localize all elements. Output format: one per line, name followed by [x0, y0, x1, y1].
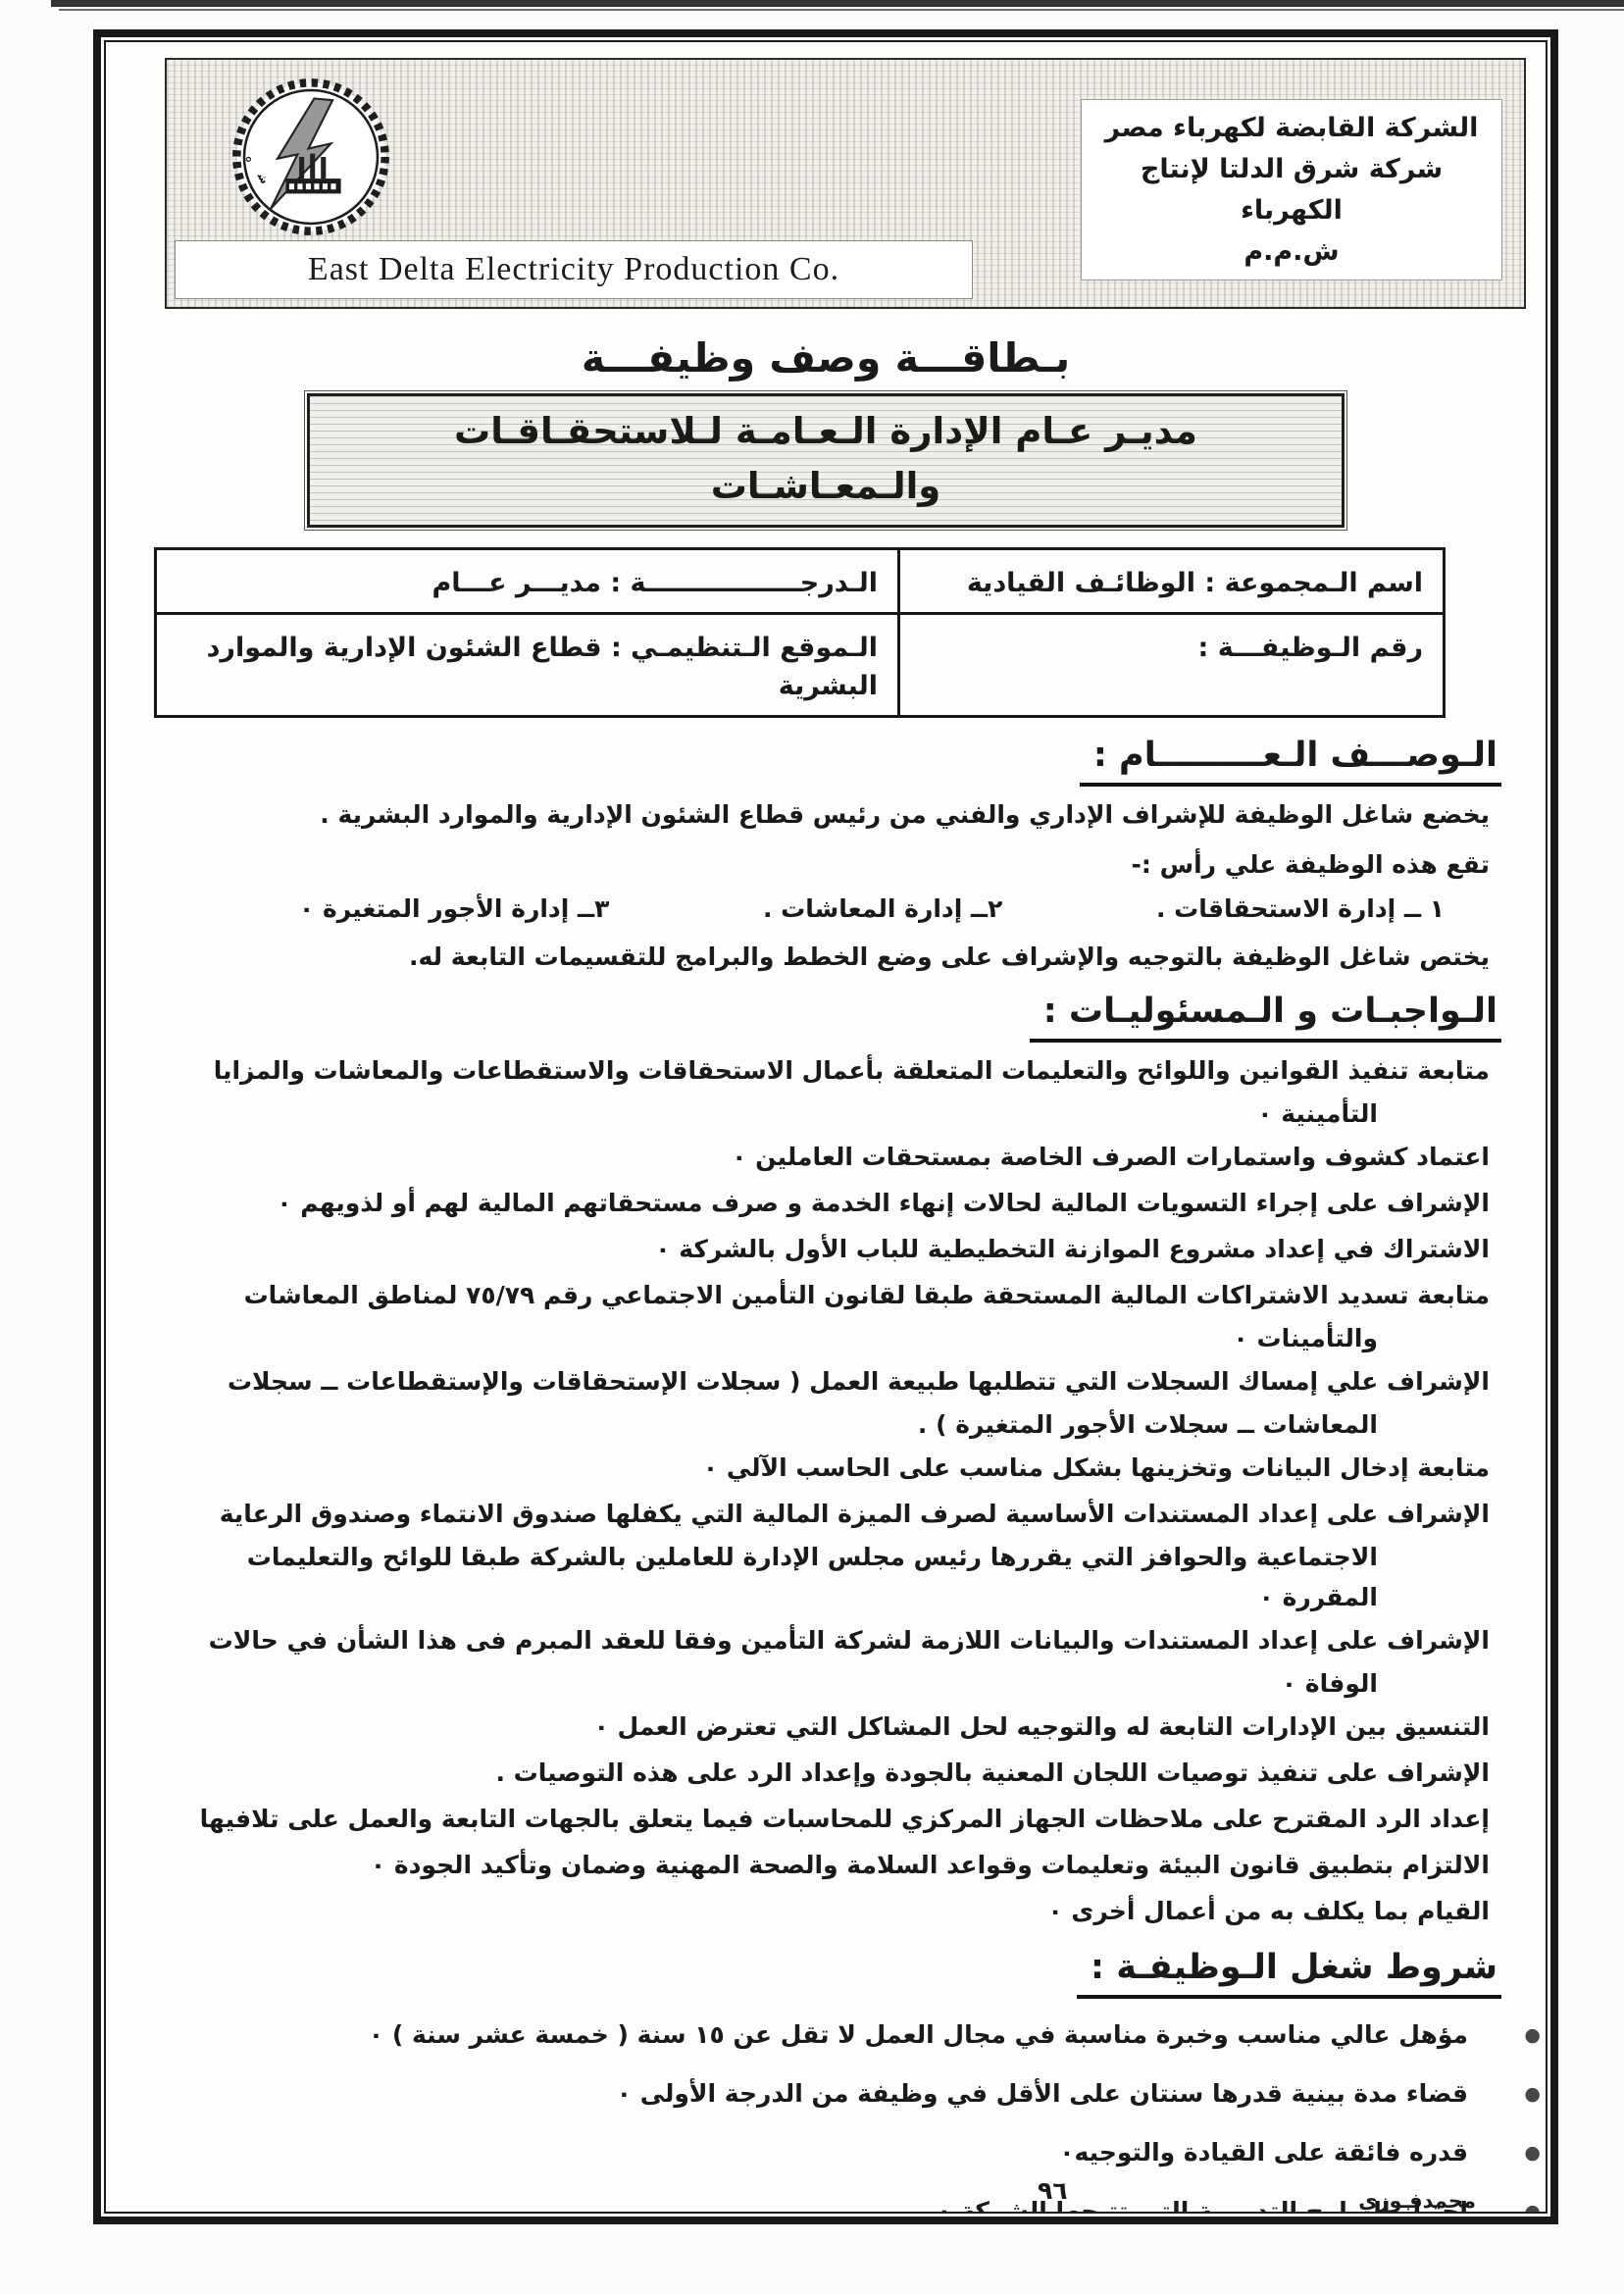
list-item: الإشراف على إعداد المستندات الأساسية لصر…: [189, 1494, 1501, 1617]
list-item: الالتزام بتطبيق قانون البيئة وتعليمات وق…: [189, 1845, 1501, 1888]
table-row: اسم الـمجموعة : الوظائـف القيادية الـدرج…: [156, 549, 1445, 614]
company-logo-seal-icon: East Delta Electricity Production Co. شر…: [228, 74, 394, 240]
department-2: ٢ــ إدارة المعاشات .: [763, 890, 1002, 929]
duties-heading: الـواجبـات و الـمسئوليـات :: [1030, 992, 1501, 1043]
letterhead: East Delta Electricity Production Co. شر…: [165, 58, 1526, 309]
job-number-cell: رقم الـوظيفـــة :: [899, 614, 1445, 717]
requirements-section: شروط شغل الـوظيفـة : مؤهل عالي مناسب وخب…: [189, 1934, 1501, 2214]
scan-edge-artifact-thin: [59, 9, 1624, 11]
general-description-heading: الـوصـــف الـعـــــــــام :: [1080, 736, 1501, 787]
location-cell: الـموقع الـتنظيمـي : قطاع الشئون الإداري…: [156, 614, 899, 717]
job-info-table: اسم الـمجموعة : الوظائـف القيادية الـدرج…: [154, 547, 1446, 718]
location-label: الـموقع الـتنظيمـي :: [611, 633, 878, 663]
list-item: يخضع شاغل الوظيفة للإشراف الإداري والفني…: [189, 794, 1501, 838]
company-ar-line-1: الشركة القابضة لكهرباء مصر: [1091, 108, 1492, 149]
list-item: اجتياز البرامج التدريبية التي تتيحها الش…: [189, 2191, 1501, 2214]
table-row: رقم الـوظيفـــة : الـموقع الـتنظيمـي : ق…: [156, 614, 1445, 717]
list-item: الإشراف على إجراء التسويات المالية لحالا…: [189, 1183, 1501, 1226]
list-item: قدره فائقة على القيادة والتوجيه٠: [189, 2132, 1501, 2175]
list-item: الاشتراك في إعداد مشروع الموازنة التخطيط…: [189, 1229, 1501, 1272]
requirements-heading: شروط شغل الـوظيفـة :: [1077, 1948, 1501, 1999]
list-item: تقع هذه الوظيفة علي رأس :-: [189, 844, 1501, 888]
requirements-list: مؤهل عالي مناسب وخبرة مناسبة في مجال الع…: [189, 2014, 1501, 2214]
general-description-section: الـوصـــف الـعـــــــــام : يخضع شاغل ال…: [189, 718, 1501, 980]
list-item: متابعة تنفيذ القوانين واللوائح والتعليما…: [189, 1050, 1501, 1134]
duties-list: متابعة تنفيذ القوانين واللوائح والتعليما…: [189, 1050, 1501, 1934]
duties-section: الـواجبـات و الـمسئوليـات : متابعة تنفيذ…: [189, 980, 1501, 1934]
general-description-list-2: يختص شاغل الوظيفة بالتوجيه والإشراف على …: [189, 937, 1501, 980]
list-item: اعتماد كشوف واستمارات الصرف الخاصة بمستح…: [189, 1137, 1501, 1180]
grade-value: مديـــر عـــام: [432, 568, 601, 598]
company-logo: East Delta Electricity Production Co. شر…: [228, 74, 394, 240]
job-title-line-1: مديـر عـام الإدارة الـعـامـة لـلاستحقـاق…: [316, 404, 1336, 459]
group-value: الوظائـف القيادية: [967, 568, 1195, 598]
document-page: East Delta Electricity Production Co. شر…: [104, 40, 1548, 2214]
managed-departments-row: ١ ــ إدارة الاستحقاقات . ٢ــ إدارة المعا…: [189, 888, 1501, 929]
list-item: قضاء مدة بينية قدرها سنتان على الأقل في …: [189, 2073, 1501, 2116]
document-page-frame: East Delta Electricity Production Co. شر…: [93, 29, 1558, 2224]
list-item: يختص شاغل الوظيفة بالتوجيه والإشراف على …: [189, 937, 1501, 980]
department-1: ١ ــ إدارة الاستحقاقات .: [1156, 890, 1445, 929]
job-number-label: رقم الـوظيفـــة :: [1198, 633, 1424, 663]
list-item: الإشراف على إعداد المستندات والبيانات ال…: [189, 1620, 1501, 1704]
list-item: التنسيق بين الإدارات التابعة له والتوجيه…: [189, 1707, 1501, 1750]
list-item: الإشراف على تنفيذ توصيات اللجان المعنية …: [189, 1753, 1501, 1796]
grade-label: الـدرجـــــــــــــــــة :: [610, 568, 878, 598]
job-title-box: مديـر عـام الإدارة الـعـامـة لـلاستحقـاق…: [307, 393, 1345, 528]
company-name-english: East Delta Electricity Production Co.: [175, 240, 973, 299]
page-number: ٩٦: [1038, 2176, 1068, 2205]
company-ar-line-2: شركة شرق الدلتا لإنتاج الكهرباء: [1091, 149, 1492, 231]
list-item: مؤهل عالي مناسب وخبرة مناسبة في مجال الع…: [189, 2014, 1501, 2058]
job-title-line-2: والـمعـاشـات: [316, 459, 1336, 514]
department-3: ٣ــ إدارة الأجور المتغيرة ٠: [299, 890, 609, 929]
list-item: الإشراف علي إمساك السجلات التي تتطلبها ط…: [189, 1361, 1501, 1445]
group-label: اسم الـمجموعة :: [1204, 568, 1423, 598]
list-item: القيام بما يكلف به من أعمال أخرى ٠: [189, 1891, 1501, 1934]
grade-cell: الـدرجـــــــــــــــــة : مديـــر عـــا…: [156, 549, 899, 614]
company-ar-line-3: ش.م.م: [1091, 231, 1492, 273]
list-item: إعداد الرد المقترح على ملاحظات الجهاز ال…: [189, 1799, 1501, 1842]
general-description-list: يخضع شاغل الوظيفة للإشراف الإداري والفني…: [189, 794, 1501, 888]
scan-edge-artifact: [51, 0, 1624, 7]
list-item: متابعة تسديد الاشتراكات المالية المستحقة…: [189, 1275, 1501, 1358]
group-cell: اسم الـمجموعة : الوظائـف القيادية: [899, 549, 1445, 614]
list-item: متابعة إدخال البيانات وتخزينها بشكل مناس…: [189, 1448, 1501, 1491]
document-title: بـطاقـــة وصف وظيفـــة: [106, 334, 1546, 382]
signature: محمدفـوزي: [1358, 2189, 1476, 2213]
company-name-arabic: الشركة القابضة لكهرباء مصر شركة شرق الدل…: [1081, 99, 1502, 280]
